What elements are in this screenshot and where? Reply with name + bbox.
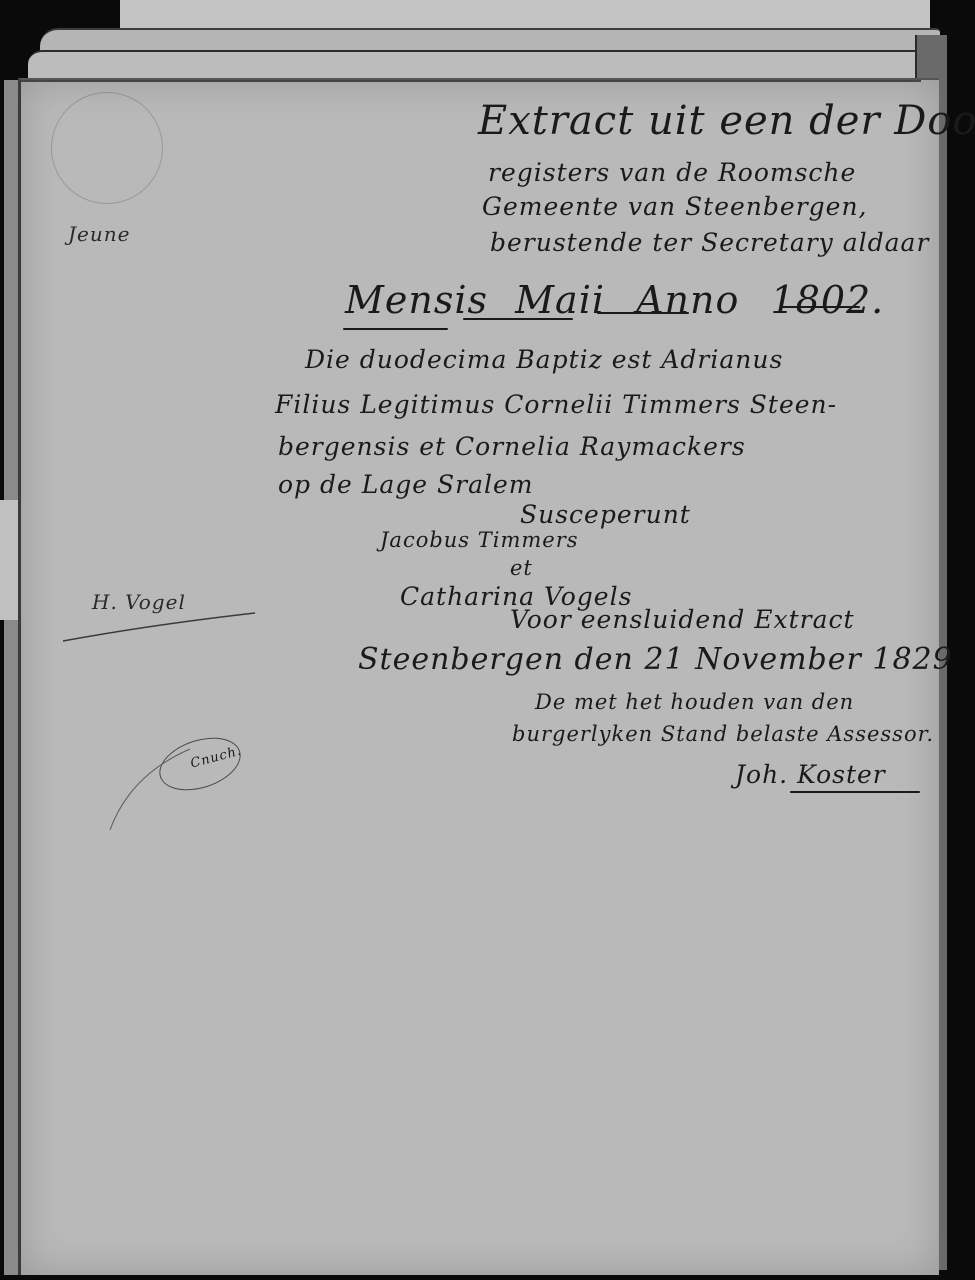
closing-line-2: Steenbergen den 21 November 1829	[358, 642, 953, 677]
closing-line-4-text: burgerlyken Stand belaste Assessor.	[512, 722, 934, 746]
et-conjunction: et	[510, 556, 533, 580]
susceperunt-text: Susceperunt	[520, 500, 691, 529]
entry-line-4-text: op de Lage Sralem	[278, 470, 533, 499]
entry-line-3-text: bergensis et Cornelia Raymackers	[278, 432, 746, 461]
godfather-text: Jacobus Timmers	[380, 528, 579, 552]
document-scan: Extract uit een der Doop- registers van …	[0, 0, 975, 1280]
date-underline-3	[597, 312, 689, 314]
heading-line-4-text: berustende ter Secretary aldaar	[490, 228, 929, 257]
heading-line-2: registers van de Roomsche	[488, 158, 856, 187]
official-signature-text: Joh. Koster	[735, 760, 886, 789]
closing-line-1-text: Voor eensluidend Extract	[510, 605, 855, 634]
closing-line-4: burgerlyken Stand belaste Assessor.	[512, 722, 934, 746]
official-signature: Joh. Koster	[735, 760, 886, 789]
heading-line-3: Gemeente van Steenbergen,	[482, 192, 868, 221]
et-text: et	[510, 556, 533, 580]
godfather: Jacobus Timmers	[380, 528, 579, 552]
signature-underline	[790, 791, 920, 793]
susceperunt: Susceperunt	[520, 500, 691, 529]
closing-line-3-text: De met het houden van den	[535, 690, 854, 714]
entry-line-4: op de Lage Sralem	[278, 470, 533, 499]
entry-line-3: bergensis et Cornelia Raymackers	[278, 432, 746, 461]
heading-line-4: berustende ter Secretary aldaar	[490, 228, 929, 257]
closing-line-3: De met het houden van den	[535, 690, 854, 714]
heading-line-2-text: registers van de Roomsche	[488, 158, 856, 187]
date-heading: Mensis Maii Anno 1802.	[345, 278, 884, 322]
embossed-seal	[51, 92, 163, 204]
entry-line-1-text: Die duodecima Baptiz est Adrianus	[305, 345, 783, 374]
heading-line-1-text: Extract uit een der Doop-	[478, 98, 975, 144]
date-anno: Anno	[636, 278, 739, 322]
entry-line-2: Filius Legitimus Cornelii Timmers Steen-	[275, 390, 837, 419]
heading-line-3-text: Gemeente van Steenbergen,	[482, 192, 868, 221]
stamp-trail-stroke	[100, 745, 200, 835]
page-top-edge	[21, 80, 921, 82]
closing-line-2-text: Steenbergen den 21 November 1829	[358, 642, 953, 677]
date-underline-2	[463, 318, 573, 320]
margin-note-top-text: Jeune	[68, 222, 130, 246]
heading-line-1: Extract uit een der Doop-	[478, 98, 975, 144]
date-underline-4	[780, 306, 860, 308]
date-mensis: Mensis	[345, 278, 488, 322]
date-underline-1	[343, 328, 448, 330]
entry-line-1: Die duodecima Baptiz est Adrianus	[305, 345, 783, 374]
closing-line-1: Voor eensluidend Extract	[510, 605, 855, 634]
margin-note-top: Jeune	[68, 222, 130, 246]
date-year: 1802.	[770, 278, 884, 322]
entry-line-2-text: Filius Legitimus Cornelii Timmers Steen-	[275, 390, 837, 419]
date-month: Maii	[515, 278, 605, 322]
margin-signature-stroke	[60, 605, 260, 645]
